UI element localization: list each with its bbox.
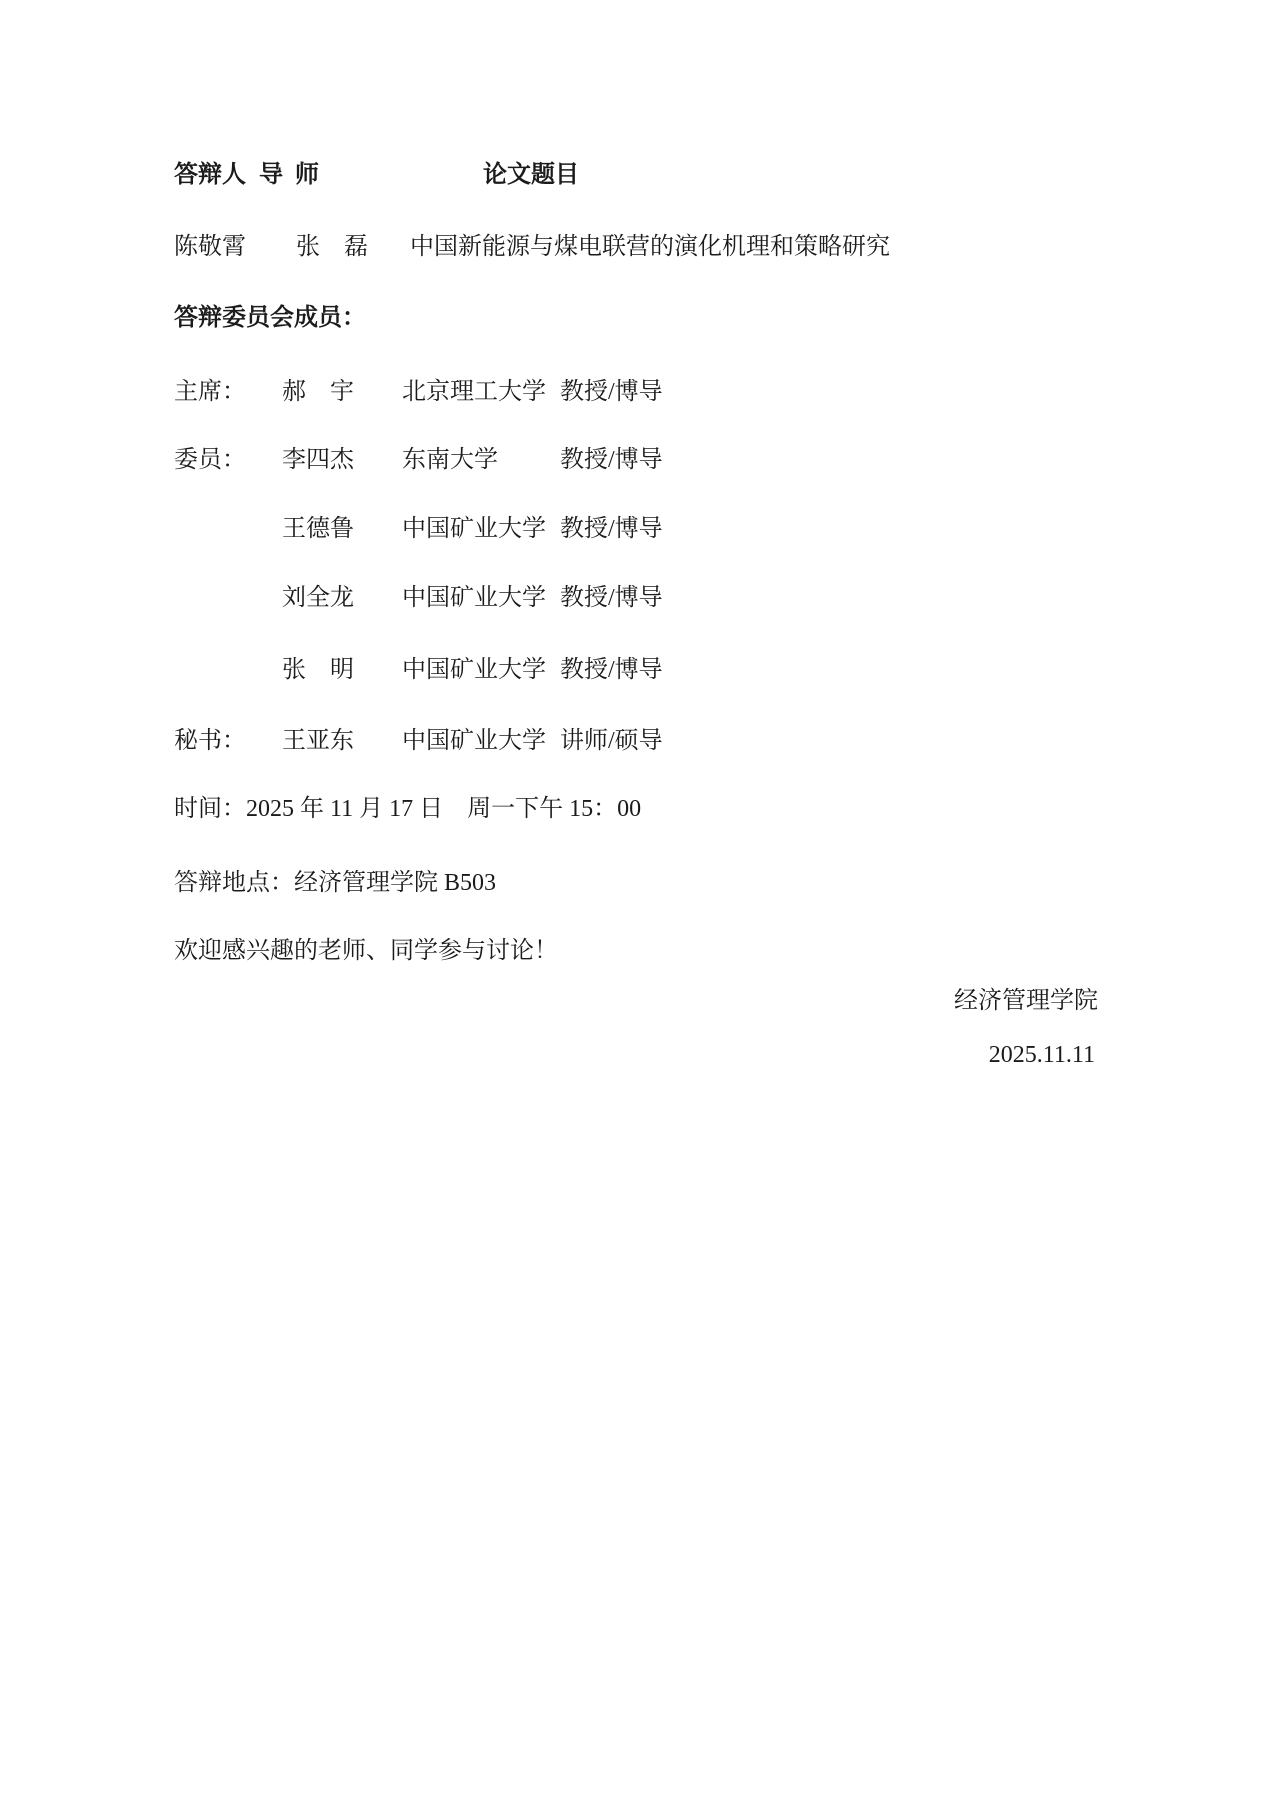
- member-affiliation: 中国矿业大学: [402, 583, 546, 613]
- member-title: 讲师/硕导: [560, 726, 663, 756]
- member-name: 张 明: [282, 655, 354, 685]
- member-title: 教授/博导: [560, 655, 663, 685]
- member-title: 教授/博导: [560, 583, 663, 613]
- defender-column-header: 答辩人: [174, 160, 246, 190]
- signoff-organization: 经济管理学院: [954, 986, 1098, 1016]
- member-affiliation: 北京理工大学: [402, 377, 546, 407]
- member-affiliation: 中国矿业大学: [402, 726, 546, 756]
- member-affiliation: 东南大学: [402, 445, 498, 475]
- defense-location: 答辩地点：经济管理学院 B503: [174, 868, 496, 898]
- member-name: 郝 宇: [282, 377, 354, 407]
- thesis-title: 中国新能源与煤电联营的演化机理和策略研究: [410, 232, 890, 262]
- member-role: 主席：: [174, 377, 246, 407]
- advisor-name: 张 磊: [296, 232, 368, 262]
- advisor-column-header: 导 师: [259, 160, 319, 190]
- member-role: 委员：: [174, 445, 246, 475]
- member-affiliation: 中国矿业大学: [402, 514, 546, 544]
- member-role: 秘书：: [174, 726, 246, 756]
- invitation-note: 欢迎感兴趣的老师、同学参与讨论！: [174, 936, 558, 966]
- member-name: 李四杰: [282, 445, 354, 475]
- defense-announcement-page: 答辩人 导 师 论文题目 陈敬霄 张 磊 中国新能源与煤电联营的演化机理和策略研…: [0, 0, 1280, 1810]
- member-name: 刘全龙: [282, 583, 354, 613]
- member-name: 王亚东: [282, 726, 354, 756]
- thesis-column-header: 论文题目: [483, 160, 579, 190]
- defense-time: 时间：2025 年 11 月 17 日 周一下午 15：00: [174, 794, 641, 824]
- member-title: 教授/博导: [560, 377, 663, 407]
- member-name: 王德鲁: [282, 514, 354, 544]
- member-title: 教授/博导: [560, 514, 663, 544]
- defender-name: 陈敬霄: [174, 232, 246, 262]
- member-title: 教授/博导: [560, 445, 663, 475]
- committee-section-title: 答辩委员会成员：: [174, 303, 366, 333]
- signoff-date: 2025.11.11: [989, 1040, 1095, 1070]
- member-affiliation: 中国矿业大学: [402, 655, 546, 685]
